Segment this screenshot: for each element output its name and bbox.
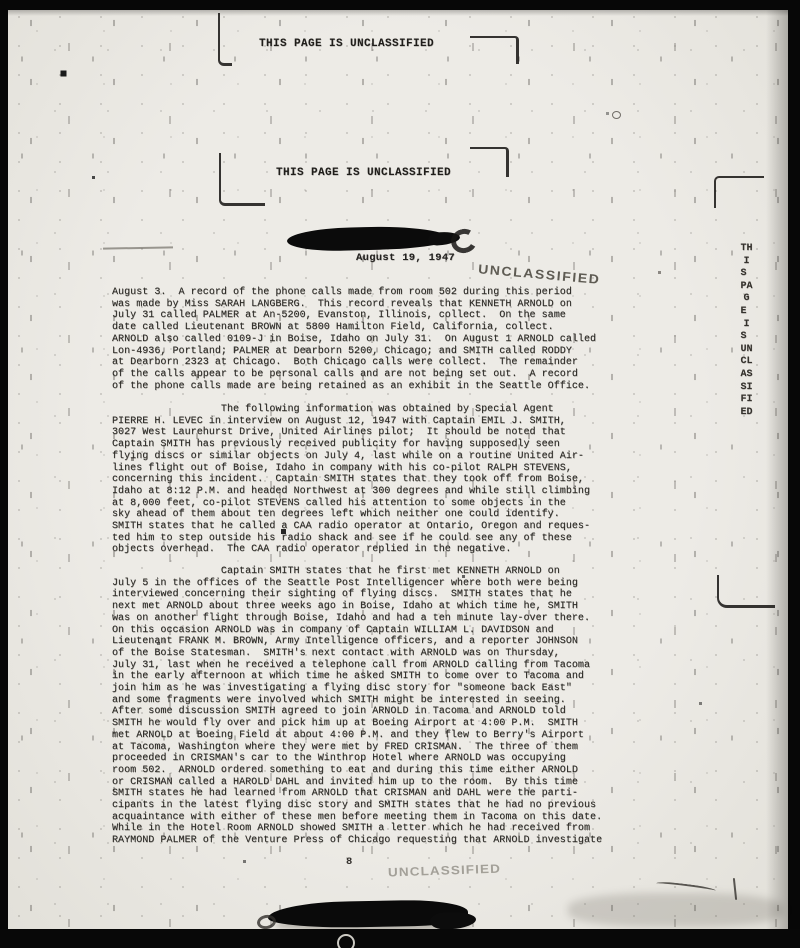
scan-edge-shadow — [766, 10, 788, 930]
date-line: August 19, 1947 — [356, 252, 455, 264]
paragraph-arnold-meeting: Captain SMITH states that he first met K… — [112, 566, 602, 847]
crop-mark-icon — [714, 176, 764, 208]
hole-punch-icon — [337, 934, 355, 948]
classification-banner-mid: THIS PAGE IS UNCLASSIFIED — [276, 167, 451, 179]
redaction-circle-mark-bottom — [256, 913, 277, 930]
scanned-document-page: THIS PAGE IS UNCLASSIFIED THIS PAGE IS U… — [8, 10, 788, 930]
pencil-mark — [103, 246, 173, 249]
classification-banner-top: THIS PAGE IS UNCLASSIFIED — [259, 38, 434, 50]
scan-smudge — [568, 893, 783, 927]
page-number: 8 — [346, 856, 352, 868]
scan-edge-shadow-top — [8, 10, 788, 16]
paragraph-smith-interview: The following information was obtained b… — [112, 404, 590, 556]
unclassified-stamp-bottom: UNCLASSIFIED — [388, 862, 501, 879]
crop-mark-icon — [470, 36, 519, 64]
crop-mark-icon — [470, 147, 509, 177]
crop-mark-icon — [218, 13, 232, 66]
redaction-bar-bottom-step — [430, 911, 477, 930]
paragraph-phone-record: August 3. A record of the phone calls ma… — [112, 287, 596, 392]
redaction-bar-top — [287, 225, 451, 252]
vertical-classification-text: THIS PAGE IS UNCLASSIFIED — [739, 243, 754, 419]
unclassified-stamp-top: UNCLASSIFIED — [478, 261, 601, 286]
pencil-mark — [656, 880, 716, 893]
scan-edge-bottom — [0, 929, 800, 948]
pencil-mark — [612, 111, 621, 119]
crop-mark-icon — [219, 153, 265, 206]
